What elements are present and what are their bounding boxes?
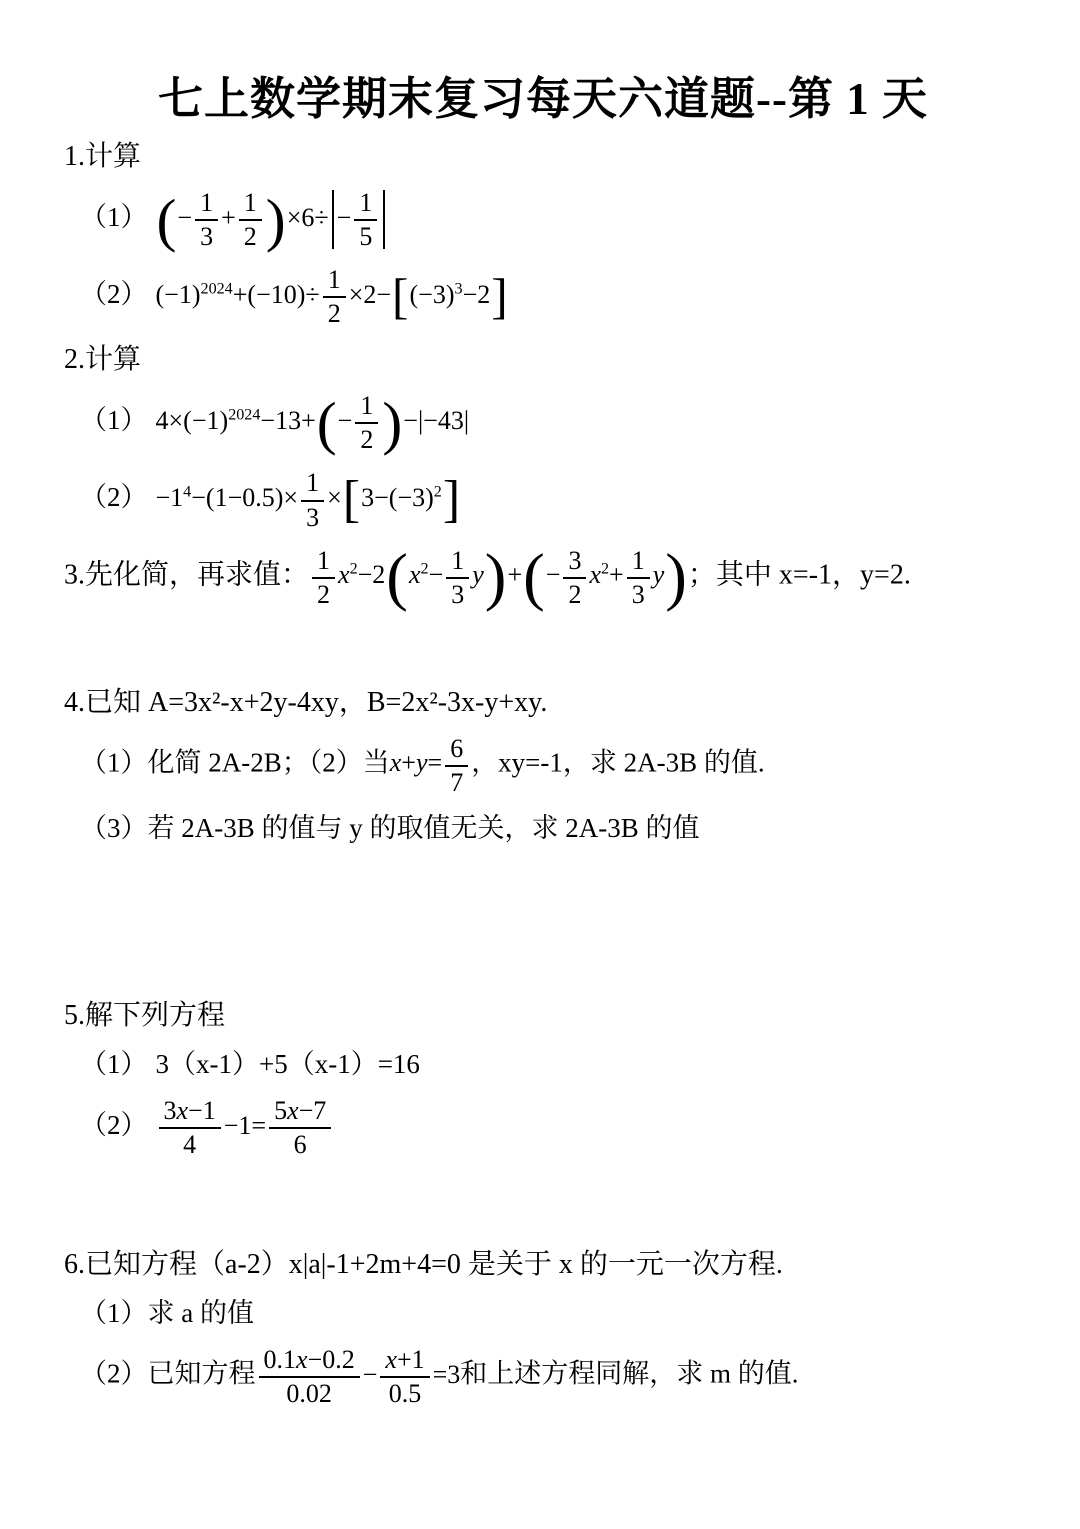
problem-1-item-2-formula: (−1)2024+(−10)÷12×2−[(−3)3−2]	[156, 280, 509, 309]
problem-5-item-2-label: （2）	[80, 1110, 148, 1140]
problem-5-item-1: （1）3（x-1）+5（x-1）=16	[64, 1047, 1022, 1082]
page-title: 七上数学期末复习每天六道题--第 1 天	[64, 62, 1022, 127]
problem-6-item-2-pre: （2）已知方程	[80, 1359, 256, 1389]
problem-2-item-1: （1）4×(−1)2024−13+(−12)−|−43|	[64, 391, 1022, 454]
problem-2-item-2-formula: −14−(1−0.5)×13×[3−(−3)2]	[156, 483, 462, 512]
problem-2-heading: 2.计算	[64, 342, 1022, 377]
problem-2-item-1-formula: 4×(−1)2024−13+(−12)−|−43|	[156, 406, 470, 435]
problem-6-item-2-post: 和上述方程同解，求 m 的值.	[460, 1359, 798, 1389]
problem-2-item-2: （2）−14−(1−0.5)×13×[3−(−3)2]	[64, 468, 1022, 531]
problem-2-item-2-label: （2）	[80, 482, 148, 512]
problem-1-item-1-label: （1）	[80, 202, 148, 232]
problem-5-item-2: （2）3x−14−1=5x−76	[64, 1096, 1022, 1159]
problem-4-items-1-2: （1）化简 2A-2B；（2）当x+y=67，xy=-1，求 2A-3B 的值.	[64, 734, 1022, 797]
problem-2-item-1-label: （1）	[80, 405, 148, 435]
problem-1-item-1: （1）(−13+12)×6÷−15	[64, 188, 1022, 251]
problem-4-items-1-2-pre: （1）化简 2A-2B；（2）当	[80, 747, 390, 777]
answer-space-1	[64, 615, 1022, 673]
problem-4-item-3: （3）若 2A-3B 的值与 y 的取值无关，求 2A-3B 的值	[64, 811, 1022, 846]
problem-5-item-2-formula: 3x−14−1=5x−76	[156, 1111, 335, 1140]
problem-3-line: 3.先化简，再求值：12x2−2(x2−13y)+(−32x2+13y)；其中 …	[64, 546, 1022, 609]
problem-4-formula: x+y=67	[390, 748, 471, 777]
problem-6-item-2: （2）已知方程0.1x−0.20.02−x+10.5=3和上述方程同解，求 m …	[64, 1345, 1022, 1408]
problem-5-item-1-equation: 3（x-1）+5（x-1）=16	[156, 1049, 420, 1079]
problem-3-lead: 3.先化简，再求值：	[64, 559, 309, 590]
problem-1-item-2: （2）(−1)2024+(−10)÷12×2−[(−3)3−2]	[64, 265, 1022, 328]
problem-3-tail: ；其中 x=-1，y=2.	[688, 559, 911, 590]
problem-5-heading: 5.解下列方程	[64, 998, 1022, 1033]
answer-space-3	[64, 1173, 1022, 1235]
problem-5-item-1-label: （1）	[80, 1049, 148, 1079]
problem-4-items-1-2-post: ，xy=-1，求 2A-3B 的值.	[471, 747, 764, 777]
worksheet-page: 七上数学期末复习每天六道题--第 1 天 1.计算 （1）(−13+12)×6÷…	[0, 0, 1080, 1529]
problem-3-formula: 12x2−2(x2−13y)+(−32x2+13y)	[309, 560, 688, 589]
answer-space-2	[64, 860, 1022, 986]
problem-6-item-1: （1）求 a 的值	[64, 1296, 1022, 1331]
problem-1-item-1-formula: (−13+12)×6÷−15	[156, 203, 389, 232]
problem-6-heading: 6.已知方程（a-2）x|a|-1+2m+4=0 是关于 x 的一元一次方程.	[64, 1247, 1022, 1282]
problem-4-heading: 4.已知 A=3x²-x+2y-4xy，B=2x²-3x-y+xy.	[64, 685, 1022, 720]
problem-6-item-2-formula: 0.1x−0.20.02−x+10.5=3	[256, 1360, 461, 1389]
problem-1-heading: 1.计算	[64, 139, 1022, 174]
problem-1-item-2-label: （2）	[80, 279, 148, 309]
